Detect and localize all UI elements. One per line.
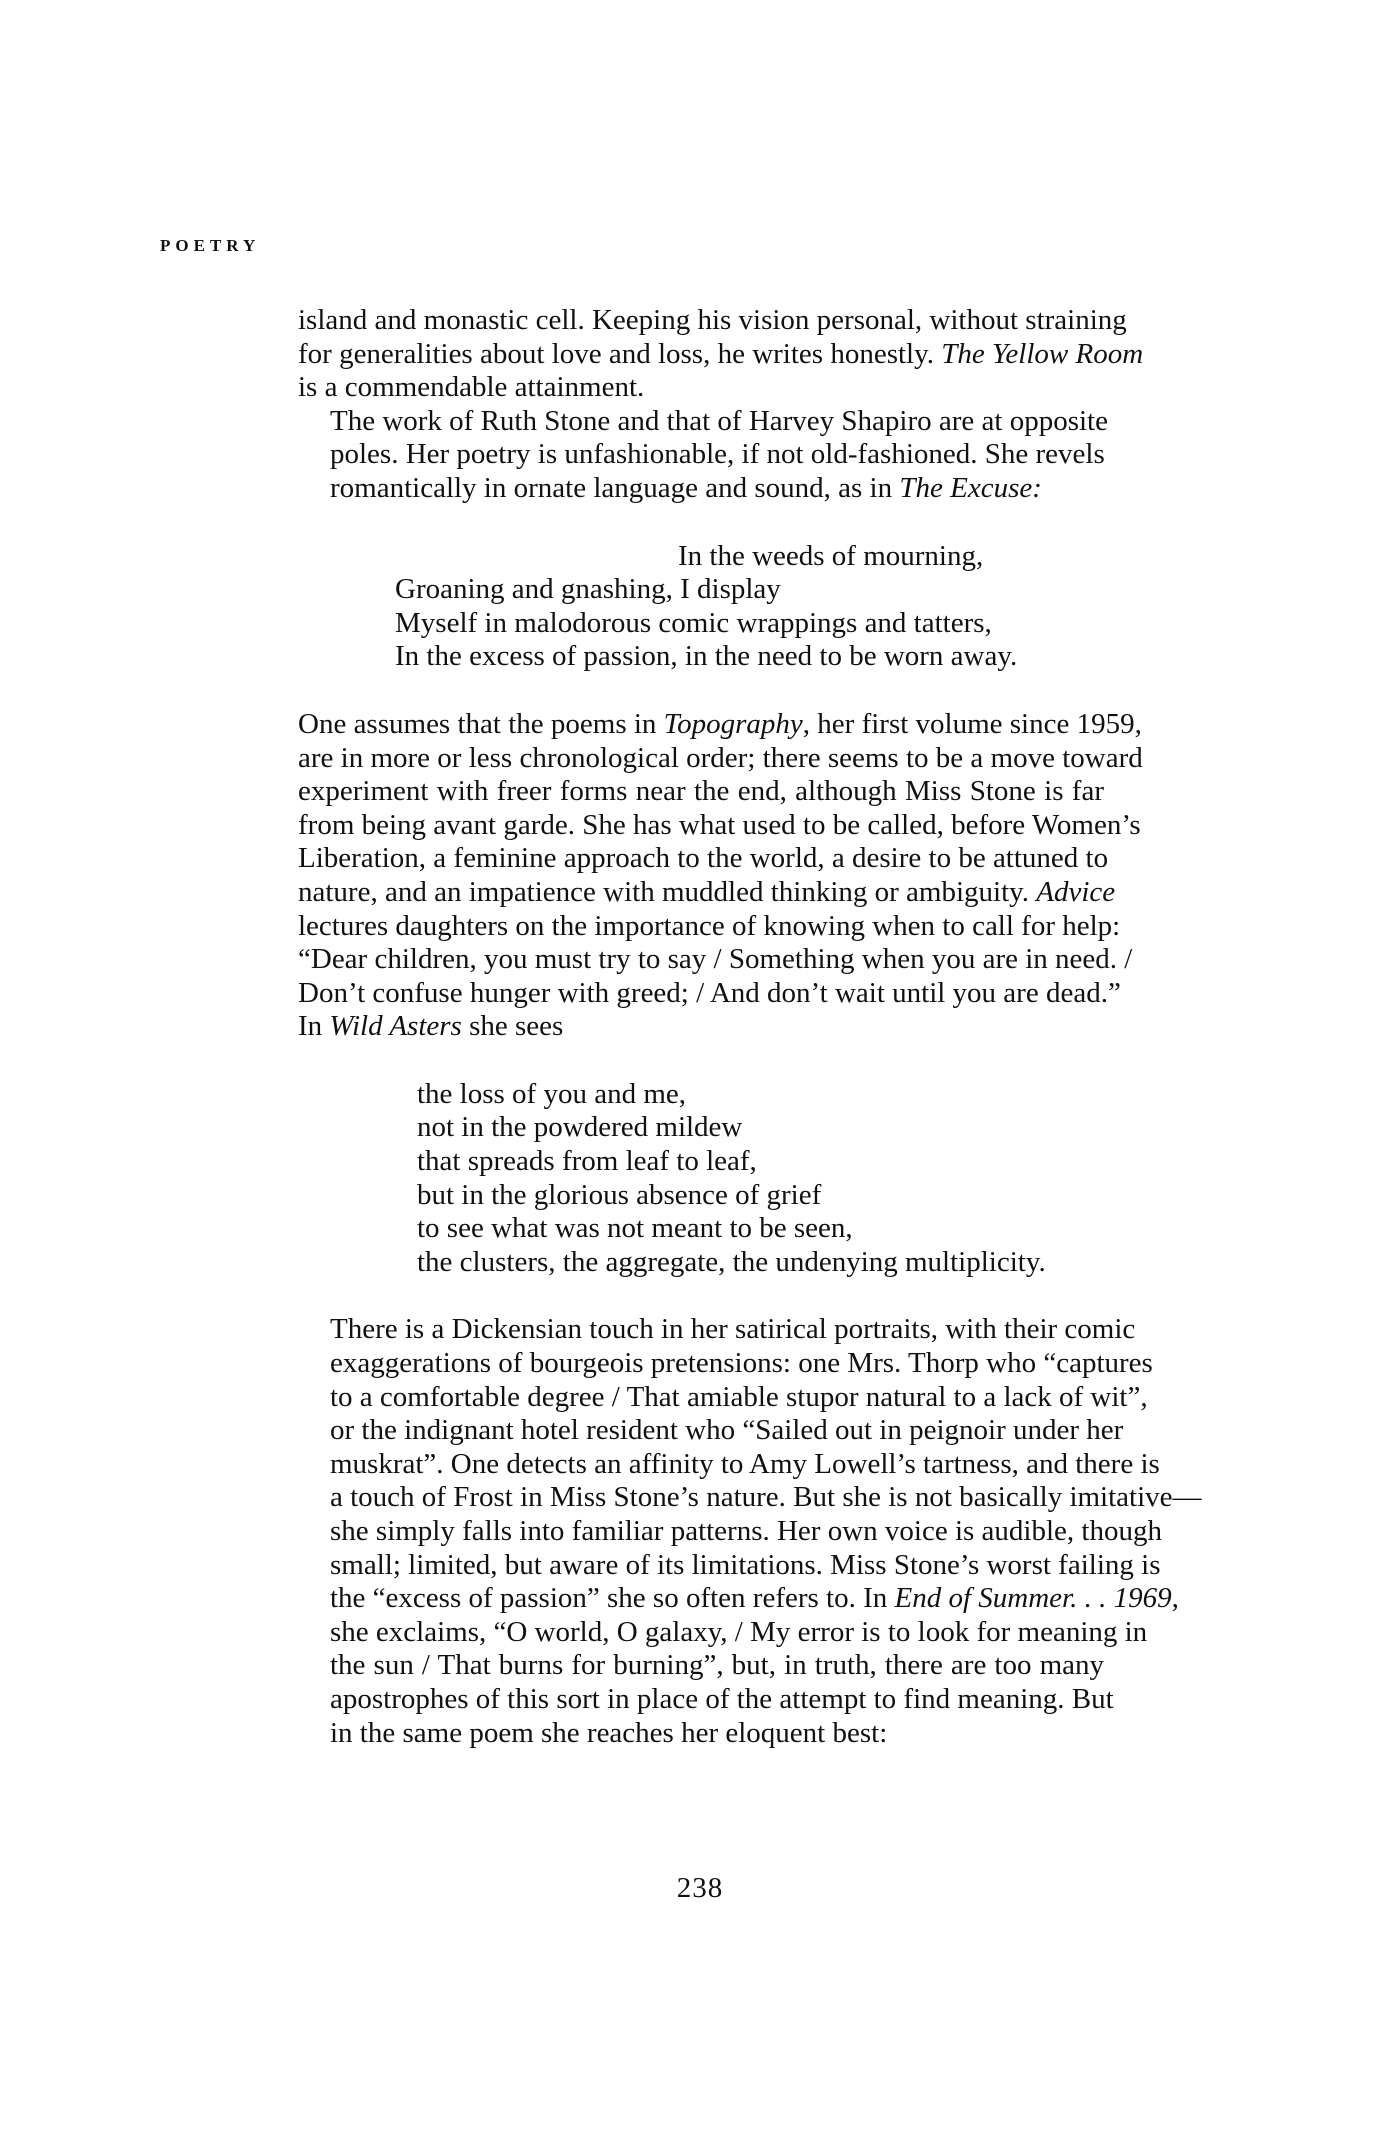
running-head: POETRY: [160, 236, 260, 256]
text-line: muskrat”. One detects an affinity to Amy…: [298, 1448, 1104, 1482]
text-line: There is a Dickensian touch in her satir…: [298, 1313, 1104, 1347]
text-line: in the same poem she reaches her eloquen…: [298, 1717, 1104, 1751]
text-line: apostrophes of this sort in place of the…: [298, 1683, 1104, 1717]
text-line: “Dear children, you must try to say / So…: [298, 943, 1104, 977]
quote-line: but in the glorious absence of grief: [417, 1179, 1104, 1213]
quote-line: the clusters, the aggregate, the undenyi…: [417, 1246, 1104, 1280]
poem-title: The Excuse:: [899, 472, 1042, 504]
block-quote-the-excuse: In the weeds of mourning, Groaning and g…: [395, 540, 1104, 674]
article-body: island and monastic cell. Keeping his vi…: [298, 304, 1104, 1750]
poem-title: End of Summer. . . 1969: [895, 1582, 1172, 1614]
text-line: small; limited, but aware of its limitat…: [298, 1549, 1104, 1583]
text-line: she exclaims, “O world, O galaxy, / My e…: [298, 1616, 1104, 1650]
text-line: or the indignant hotel resident who “Sai…: [298, 1414, 1104, 1448]
text-line: romantically in ornate language and soun…: [298, 472, 1104, 506]
text-line: Don’t confuse hunger with greed; / And d…: [298, 977, 1104, 1011]
text-line: One assumes that the poems in Topography…: [298, 708, 1104, 742]
paragraph-1: island and monastic cell. Keeping his vi…: [298, 304, 1104, 405]
quote-line: to see what was not meant to be seen,: [417, 1212, 1104, 1246]
text-line: island and monastic cell. Keeping his vi…: [298, 304, 1104, 338]
text-line: a touch of Frost in Miss Stone’s nature.…: [298, 1481, 1104, 1515]
quote-line: In the weeds of mourning,: [395, 540, 1104, 574]
paragraph-4: There is a Dickensian touch in her satir…: [298, 1313, 1104, 1750]
text-line: are in more or less chronological order;…: [298, 742, 1104, 776]
quote-line: Myself in malodorous comic wrappings and…: [395, 607, 1104, 641]
text-line: exaggerations of bourgeois pretensions: …: [298, 1347, 1104, 1381]
poem-title: Wild Asters: [329, 1010, 461, 1042]
text-line: experiment with freer forms near the end…: [298, 775, 1104, 809]
text-line: she simply falls into familiar patterns.…: [298, 1515, 1104, 1549]
text-line: the sun / That burns for burning”, but, …: [298, 1649, 1104, 1683]
text-line: In Wild Asters she sees: [298, 1010, 1104, 1044]
text-line: lectures daughters on the importance of …: [298, 910, 1104, 944]
text-line: poles. Her poetry is unfashionable, if n…: [298, 438, 1104, 472]
text-line: The work of Ruth Stone and that of Harve…: [298, 405, 1104, 439]
text-line: the “excess of passion” she so often ref…: [298, 1582, 1104, 1616]
book-title: The Yellow Room: [941, 338, 1143, 370]
block-quote-wild-asters: the loss of you and me, not in the powde…: [417, 1078, 1104, 1280]
poem-title: Advice: [1036, 876, 1115, 908]
text-line: from being avant garde. She has what use…: [298, 809, 1104, 843]
text-line: to a comfortable degree / That amiable s…: [298, 1381, 1104, 1415]
text-line: for generalities about love and loss, he…: [298, 338, 1104, 372]
paragraph-3: One assumes that the poems in Topography…: [298, 708, 1104, 1044]
text-line: nature, and an impatience with muddled t…: [298, 876, 1104, 910]
text-line: Liberation, a feminine approach to the w…: [298, 842, 1104, 876]
quote-line: Groaning and gnashing, I display: [395, 573, 1104, 607]
book-title: Topography: [664, 708, 803, 740]
quote-line: that spreads from leaf to leaf,: [417, 1145, 1104, 1179]
paragraph-2: The work of Ruth Stone and that of Harve…: [298, 405, 1104, 506]
quote-line: In the excess of passion, in the need to…: [395, 640, 1104, 674]
quote-line: not in the powdered mildew: [417, 1111, 1104, 1145]
text-line: is a commendable attainment.: [298, 371, 1104, 405]
quote-line: the loss of you and me,: [417, 1078, 1104, 1112]
page-number: 238: [0, 1872, 1400, 1905]
